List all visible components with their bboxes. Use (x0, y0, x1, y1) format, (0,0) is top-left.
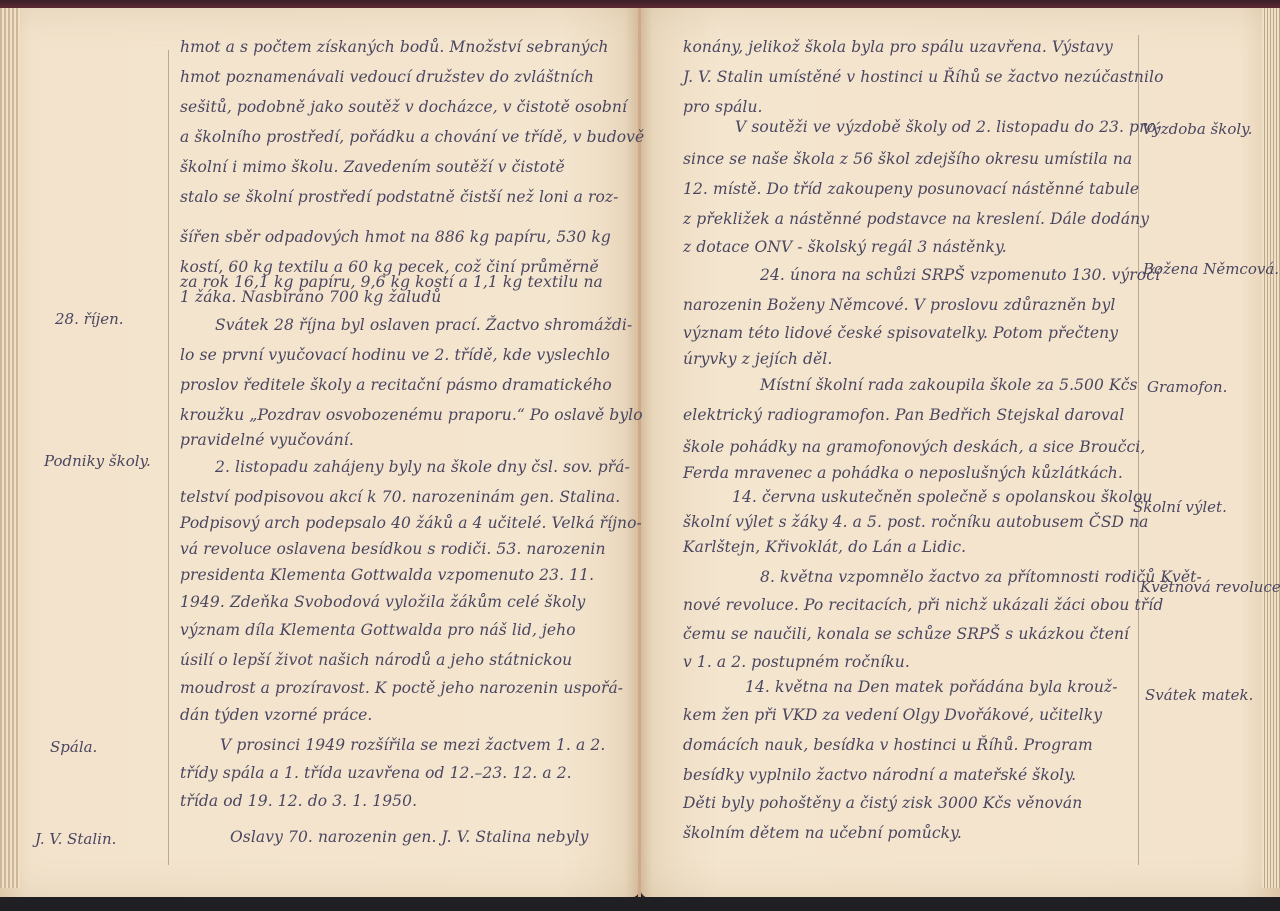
handwritten-line: elektrický radiogramofon. Pan Bedřich St… (683, 406, 1124, 424)
margin-note: Spála. (50, 738, 97, 756)
handwritten-line: dán týden vzorné práce. (180, 706, 372, 724)
handwritten-line: V prosinci 1949 rozšířila se mezi žactve… (220, 736, 605, 754)
handwritten-line: 1949. Zdeňka Svobodová vyložila žákům ce… (180, 593, 585, 611)
handwritten-line: škole pohádky na gramofonových deskách, … (683, 438, 1145, 456)
handwritten-line: význam díla Klementa Gottwalda pro náš l… (180, 621, 576, 639)
handwritten-line: 14. května na Den matek pořádána byla kr… (745, 678, 1118, 696)
handwritten-line: a školního prostředí, pořádku a chování … (180, 128, 644, 146)
handwritten-line: v 1. a 2. postupném ročníku. (683, 653, 910, 671)
handwritten-line: Oslavy 70. narozenin gen. J. V. Stalina … (230, 828, 588, 846)
handwritten-line: pravidelné vyučování. (180, 431, 354, 449)
handwritten-line: Místní školní rada zakoupila škole za 5.… (760, 376, 1138, 394)
handwritten-line: 1 žáka. Nasbíráno 700 kg žaludů (180, 288, 441, 306)
margin-note: Svátek matek. (1145, 686, 1253, 704)
handwritten-line: 2. listopadu zahájeny byly na škole dny … (215, 458, 630, 476)
handwritten-line: 24. února na schůzi SRPŠ vzpomenuto 130.… (760, 266, 1160, 284)
handwritten-line: 12. místě. Do tříd zakoupeny posunovací … (683, 180, 1139, 198)
margin-note: Božena Němcová. (1143, 260, 1279, 278)
handwritten-line: konány, jelikož škola byla pro spálu uza… (683, 38, 1113, 56)
handwritten-line: hmot a s počtem získaných bodů. Množství… (180, 38, 609, 56)
margin-note: J. V. Stalin. (35, 830, 116, 848)
handwritten-line: proslov ředitele školy a recitační pásmo… (180, 376, 612, 394)
handwritten-line: školní i mimo školu. Zavedením soutěží v… (180, 158, 565, 176)
right-page-stack-edge (1262, 8, 1280, 888)
handwritten-line: 14. června uskutečněn společně s opolans… (732, 488, 1153, 506)
handwritten-line: význam této lidové české spisovatelky. P… (683, 324, 1118, 342)
handwritten-line: 8. května vzpomnělo žactvo za přítomnost… (760, 568, 1202, 586)
handwritten-line: telství podpisovou akcí k 70. narozeniná… (180, 488, 620, 506)
handwritten-line: šířen sběr odpadových hmot na 886 kg pap… (180, 228, 611, 246)
handwritten-line: třídy spála a 1. třída uzavřena od 12.–2… (180, 764, 572, 782)
handwritten-line: moudrost a prozíravost. K poctě jeho nar… (180, 679, 623, 697)
handwritten-line: stalo se školní prostředí podstatně čist… (180, 188, 619, 206)
margin-note: Gramofon. (1147, 378, 1227, 396)
left-margin-rule (168, 50, 169, 865)
handwritten-line: besídky vyplnilo žactvo národní a mateřs… (683, 766, 1076, 784)
handwritten-line: úryvky z jejích děl. (683, 350, 832, 368)
handwritten-line: kroužku „Pozdrav osvobozenému praporu.“ … (180, 406, 643, 424)
handwritten-line: školním dětem na učební pomůcky. (683, 824, 962, 842)
handwritten-line: narozenin Boženy Němcové. V proslovu zdů… (683, 296, 1115, 314)
margin-note: 28. říjen. (55, 310, 124, 328)
handwritten-line: třída od 19. 12. do 3. 1. 1950. (180, 792, 417, 810)
handwritten-line: vá revoluce oslavena besídkou s rodiči. … (180, 540, 606, 558)
handwritten-line: školní výlet s žáky 4. a 5. post. ročník… (683, 513, 1149, 531)
handwritten-line: Svátek 28 října byl oslaven prací. Žactv… (215, 316, 632, 334)
handwritten-line: lo se první vyučovací hodinu ve 2. třídě… (180, 346, 610, 364)
margin-note: Podniky školy. (44, 452, 151, 470)
handwritten-line: domácích nauk, besídka v hostinci u Říhů… (683, 736, 1093, 754)
handwritten-line: since se naše škola z 56 škol zdejšího o… (683, 150, 1132, 168)
handwritten-line: Karlštejn, Křivoklát, do Lán a Lidic. (683, 538, 966, 556)
handwritten-line: z překližek a nástěnné podstavce na kres… (683, 210, 1149, 228)
handwritten-line: hmot poznamenávali vedoucí družstev do z… (180, 68, 594, 86)
handwritten-line: čemu se naučili, konala se schůze SRPŠ s… (683, 625, 1129, 643)
handwritten-line: úsilí o lepší život našich národů a jeho… (180, 651, 572, 669)
handwritten-line: Ferda mravenec a pohádka o neposlušných … (683, 464, 1123, 482)
handwritten-line: Děti byly pohoštěny a čistý zisk 3000 Kč… (683, 794, 1082, 812)
handwritten-line: nové revoluce. Po recitacích, při nichž … (683, 596, 1163, 614)
handwritten-line: z dotace ONV - školský regál 3 nástěnky. (683, 238, 1007, 256)
left-page-stack-edge (0, 8, 20, 888)
handwritten-line: kem žen při VKD za vedení Olgy Dvořákové… (683, 706, 1102, 724)
handwritten-line: J. V. Stalin umístěné v hostinci u Říhů … (683, 68, 1164, 86)
handwritten-line: sešitů, podobně jako soutěž v docházce, … (180, 98, 627, 116)
handwritten-line: pro spálu. (683, 98, 763, 116)
handwritten-line: Podpisový arch podepsalo 40 žáků a 4 uči… (180, 514, 642, 532)
book-cover-bottom-edge (0, 897, 1280, 911)
handwritten-line: V soutěži ve výzdobě školy od 2. listopa… (735, 118, 1161, 136)
handwritten-line: presidenta Klementa Gottwalda vzpomenuto… (180, 566, 594, 584)
